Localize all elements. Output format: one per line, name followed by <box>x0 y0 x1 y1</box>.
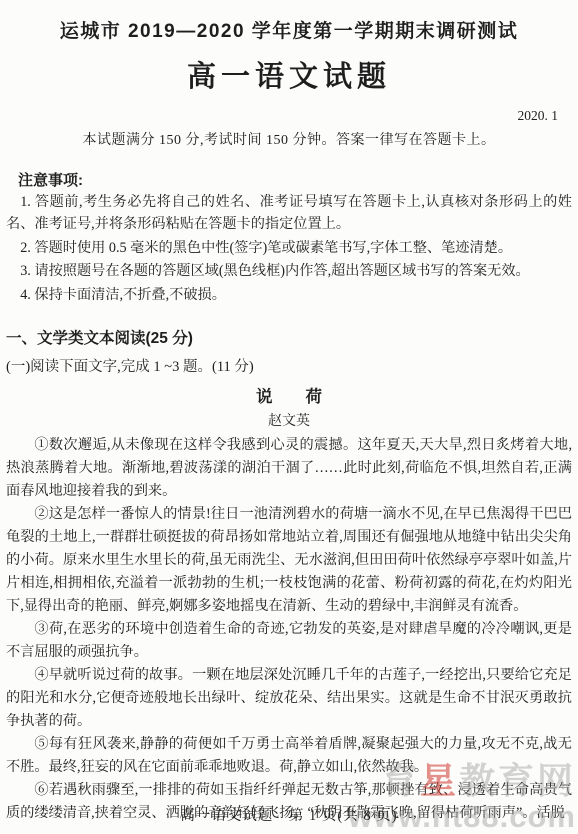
section-subheading: (一)阅读下面文字,完成 1 ~3 题。(11 分) <box>6 355 572 376</box>
notice-item-3: 3. 请按照题号在各题的答题区域(黑色线框)内作答,超出答题区域书写的答案无效。 <box>6 260 572 282</box>
paper-title: 高一语文试题 <box>6 54 572 95</box>
essay-paragraph-5: ⑤每有狂风袭来,静静的荷便如千万勇士高举着盾牌,凝聚起强大的力量,攻无不克,战无… <box>6 733 572 779</box>
notice-item-4: 4. 保持卡面清洁,不折叠,不破损。 <box>6 284 572 306</box>
essay-paragraph-2: ②这是怎样一番惊人的情景!往日一池清洌碧水的荷塘一滴水不见,在早已焦渴得干巴巴龟… <box>6 503 572 618</box>
notice-item-2: 2. 答题时使用 0.5 毫米的黑色中性(签字)笔或碳素笔书写,字体工整、笔迹清… <box>6 237 572 259</box>
notice-item-1: 1. 答题前,考生务必先将自己的姓名、准考证号填写在答题卡上,认真核对条形码上的… <box>6 191 572 236</box>
essay-body: ①数次邂逅,从未像现在这样令我感到心灵的震撼。这年夏天,天大旱,烈日炙烤着大地,… <box>6 434 572 825</box>
essay-title: 说 荷 <box>6 383 572 407</box>
notice-heading: 注意事项: <box>6 169 572 190</box>
page-footer: 高一语文试题 第 1 页(共 8 页) <box>0 804 578 825</box>
essay-author: 赵文英 <box>6 410 572 430</box>
essay-paragraph-3: ③荷,在恶劣的环境中创造着生命的奇迹,它勃发的英姿,是对肆虐旱魔的冷冷嘲讽,更是… <box>6 618 572 664</box>
exam-summary-line: 本试题满分 150 分,考试时间 150 分钟。答案一律写在答题卡上。 <box>6 129 572 149</box>
exam-date: 2020. 1 <box>6 108 572 124</box>
exam-paper-page: 运城市 2019—2020 学年度第一学期期末调研测试 高一语文试题 2020.… <box>0 0 578 834</box>
exam-session-title: 运城市 2019—2020 学年度第一学期期末调研测试 <box>6 16 572 43</box>
essay-paragraph-4: ④早就听说过荷的故事。一颗在地层深处沉睡几千年的古莲子,一经挖出,只要给它充足的… <box>6 664 572 733</box>
essay-paragraph-1: ①数次邂逅,从未像现在这样令我感到心灵的震撼。这年夏天,天大旱,烈日炙烤着大地,… <box>6 434 572 503</box>
section-heading: 一、文学类文本阅读(25 分) <box>6 326 572 348</box>
